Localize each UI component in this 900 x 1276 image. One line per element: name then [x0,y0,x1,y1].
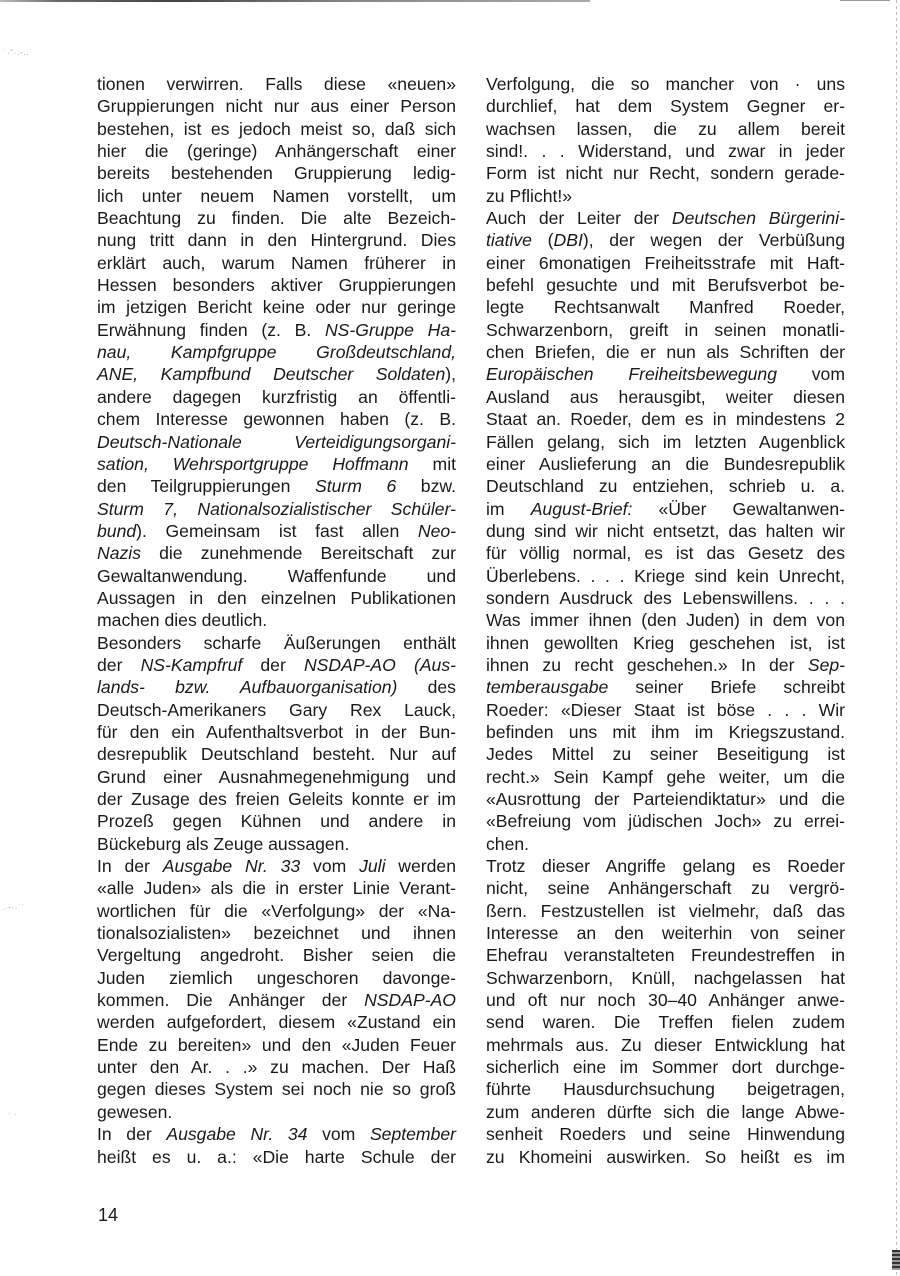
scan-artifact: · . [8,1110,17,1117]
text-line: sind!. . . Widerstand, und zwar in jeder [486,140,845,162]
text-line: lands- bzw. Aufbauorganisation) des [97,676,456,698]
body-text: für völlig normal, es ist das Gesetz des [486,543,845,563]
text-line: nau, Kampfgruppe Großdeutschland, [97,341,456,363]
text-line: Ende zu bereiten» und den «Juden Feuer [97,1034,456,1056]
text-line: ihnen gewollten Krieg geschehen ist, ist [486,632,845,654]
text-line: durchlief, hat dem System Gegner er- [486,95,845,117]
body-text: ihnen gewollten Krieg geschehen ist, ist [486,633,845,653]
body-text: die zunehmende Bereitschaft zur [141,543,456,563]
body-text: vom [777,364,845,384]
italic-text: Sep- [808,655,845,675]
body-text: senheit Roeders und seine Hinwendung [486,1124,845,1144]
body-text: Interesse an den weiterhin von seiner [486,923,845,943]
italic-text: Ausgabe Nr. 34 [166,1124,307,1144]
body-text: des [397,677,456,697]
text-line: Sturm 7, Nationalsozialistischer Schüler… [97,498,456,520]
body-text: mit [409,454,456,474]
text-line: ßern. Festzustellen ist vielmehr, daß da… [486,900,845,922]
body-text: Vergeltung angedroht. Bisher seien die [97,945,456,965]
text-line: Nazis die zunehmende Bereitschaft zur [97,542,456,564]
text-line: befinden uns mit ihm im Kriegszustand. [486,721,845,743]
text-line: legte Rechtsanwalt Manfred Roeder, [486,296,845,318]
text-line: «Befreiung vom jüdischen Joch» zu errei- [486,810,845,832]
text-line: ANE, Kampfbund Deutscher Soldaten), [97,363,456,385]
text-line: heißt es u. a.: «Die harte Schule der [97,1146,456,1168]
text-line: kommen. Die Anhänger der NSDAP-AO [97,989,456,1011]
body-text: sondern Ausdruck des Lebenswillens. . . … [486,588,845,608]
body-text: Ausland aus herausgibt, weiter diesen [486,387,845,407]
text-line: sation, Wehrsportgruppe Hoffmann mit [97,453,456,475]
body-text: chen Briefen, die er nun als Schriften d… [486,342,845,362]
text-line: erklärt auch, warum Namen früherer in [97,252,456,274]
text-line: Schwarzenborn, Knüll, nachgelassen hat [486,967,845,989]
body-text: gewesen. [97,1102,172,1122]
italic-text: Nazis [97,543,141,563]
italic-text: Ausgabe Nr. 33 [163,856,300,876]
italic-text: Neo- [418,521,456,541]
italic-text: temberausgabe [486,677,608,697]
text-line: wortlichen für die «Verfolgung» der «Na- [97,900,456,922]
body-text: zu Pflicht!» [486,186,572,206]
italic-text: Sturm 7, Nationalsozialistischer Schüler… [97,499,456,519]
body-text: Gewaltanwendung. Waffenfunde und [97,566,456,586]
text-line: nung tritt dann in den Hintergrund. Dies [97,229,456,251]
body-text: sicherlich eine im Sommer dort durchge- [486,1057,845,1077]
text-line: bereits bestehenden Gruppierung ledig- [97,162,456,184]
text-line: bund). Gemeinsam ist fast allen Neo- [97,520,456,542]
body-text: einer Auslieferung an die Bundesrepublik [486,454,845,474]
text-line: ihnen zu recht geschehen.» In der Sep- [486,654,845,676]
body-text: nicht, seine Anhängerschaft zu vergrö- [486,878,845,898]
text-line: Interesse an den weiterhin von seiner [486,922,845,944]
body-text: bereits bestehenden Gruppierung ledig- [97,163,456,183]
text-line: Gewaltanwendung. Waffenfunde und [97,565,456,587]
body-text: wachsen lassen, die zu allem bereit [486,119,845,139]
body-text: ßern. Festzustellen ist vielmehr, daß da… [486,901,845,921]
body-text: vom [307,1124,370,1144]
italic-text: NSDAP-AO [364,990,456,1010]
text-line: machen dies deutlich. [97,609,456,631]
text-line: zum anderen dürfte sich die lange Abwe- [486,1101,845,1123]
text-line: für den ein Aufenthaltsverbot in der Bun… [97,721,456,743]
body-text: der Zusage des freien Geleits konnte er … [97,789,456,809]
body-text: vom [300,856,359,876]
body-text: Form ist nicht nur Recht, sondern gerade… [486,163,845,183]
text-line: tionalsozialisten» bezeichnet und ihnen [97,922,456,944]
text-line: einer 6monatigen Freiheitsstrafe mit Haf… [486,252,845,274]
text-line: Auch der Leiter der Deutschen Bürgerini- [486,207,845,229]
body-text: «Ausrottung der Parteiendiktatur» und di… [486,789,845,809]
body-text: Ehefrau veranstalteten Freundestreffen i… [486,945,845,965]
body-text: der [242,655,304,675]
text-line: Deutsch-Nationale Verteidigungsorgani- [97,431,456,453]
text-line: gegen dieses System sei noch nie so groß [97,1078,456,1100]
body-text: Beachtung zu finden. Die alte Bezeich- [97,208,456,228]
body-text: Juden ziemlich ungeschoren davonge- [97,968,456,988]
text-line: führte Hausdurchsuchung beigetragen, [486,1078,845,1100]
text-line: Ehefrau veranstalteten Freundestreffen i… [486,944,845,966]
body-text: werden [385,856,456,876]
text-line: der NS-Kampfruf der NSDAP-AO (Aus- [97,654,456,676]
right-column: Verfolgung, die so mancher von · unsdurc… [486,73,845,1168]
body-text: Aussagen in den einzelnen Publikationen [97,588,456,608]
text-line: gewesen. [97,1101,456,1123]
text-line: Was immer ihnen (den Juden) in dem von [486,609,845,631]
body-text: ), der wegen der Verbüßung [583,230,845,250]
body-text: Schwarzenborn, greift in seinen monatli- [486,320,845,340]
body-text: tionen verwirren. Falls diese «neuen» [97,74,456,94]
body-text: und oft nur noch 30–40 Anhänger anwe- [486,990,845,1010]
text-line: Prozeß gegen Kühnen und andere in [97,810,456,832]
body-text: tionalsozialisten» bezeichnet und ihnen [97,923,456,943]
text-line: In der Ausgabe Nr. 33 vom Juli werden [97,855,456,877]
body-text: Ende zu bereiten» und den «Juden Feuer [97,1035,456,1055]
text-line: Besonders scharfe Äußerungen enthält [97,632,456,654]
body-text: befehl gesuchte und mit Berufsverbot be- [486,275,845,295]
body-text: send waren. Die Treffen fielen zudem [486,1012,845,1032]
italic-text: nau, Kampfgruppe Großdeutschland, [97,342,456,362]
text-line: bestehen, ist es jedoch meist so, daß si… [97,118,456,140]
text-line: zu Pflicht!» [486,185,845,207]
text-line: Deutschland zu entziehen, schrieb u. a. [486,475,845,497]
text-line: senheit Roeders und seine Hinwendung [486,1123,845,1145]
body-text: chen. [486,834,529,854]
scan-corner-mark [892,1250,900,1270]
body-text: heißt es u. a.: «Die harte Schule der [97,1147,456,1167]
body-text: für den ein Aufenthaltsverbot in der Bun… [97,722,456,742]
text-line: werden aufgefordert, diesem «Zustand ein [97,1011,456,1033]
body-text: ( [532,230,554,250]
text-line: Form ist nicht nur Recht, sondern gerade… [486,162,845,184]
body-text: «Befreiung vom jüdischen Joch» zu errei- [486,811,845,831]
italic-text: Juli [359,856,385,876]
left-column: tionen verwirren. Falls diese «neuen»Gru… [97,73,456,1168]
body-text: erklärt auch, warum Namen früherer in [97,253,456,273]
text-line: hier die (geringe) Anhängerschaft einer [97,140,456,162]
text-line: chem Interesse gewonnen haben (z. B. [97,408,456,430]
body-text: gegen dieses System sei noch nie so groß [97,1079,456,1099]
italic-text: August-Brief: [531,499,633,519]
italic-text: September [370,1124,456,1144]
text-line: andere dagegen kurzfristig an öffentli- [97,386,456,408]
italic-text: bund [97,521,136,541]
body-text: mehrmals aus. Zu dieser Entwicklung hat [486,1035,845,1055]
body-text: bzw. [396,476,456,496]
scan-artifact: ˙·˘·.-.. [4,50,30,57]
body-text: werden aufgefordert, diesem «Zustand ein [97,1012,456,1032]
body-text: bestehen, ist es jedoch meist so, daß si… [97,119,456,139]
body-text: dung sind wir nicht entsetzt, das halten… [486,521,845,541]
body-text: ihnen zu recht geschehen.» In der [486,655,808,675]
body-text: Verfolgung, die so mancher von · uns [486,74,845,94]
body-text: durchlief, hat dem System Gegner er- [486,96,845,116]
italic-text: Deutsch-Nationale Verteidigungsorgani- [97,432,456,452]
text-line: desrepublik Deutschland besteht. Nur auf [97,743,456,765]
text-line: chen Briefen, die er nun als Schriften d… [486,341,845,363]
italic-text: ANE, Kampfbund Deutscher Soldaten [97,364,445,384]
text-line: der Zusage des freien Geleits konnte er … [97,788,456,810]
text-line: im jetzigen Bericht keine oder nur gerin… [97,296,456,318]
text-line: Europäischen Freiheitsbewegung vom [486,363,845,385]
body-text: Roeder: «Dieser Staat ist böse . . . Wir [486,700,845,720]
body-text: legte Rechtsanwalt Manfred Roeder, [486,297,845,317]
text-line: sicherlich eine im Sommer dort durchge- [486,1056,845,1078]
body-text: recht.» Sein Kampf gehe weiter, um die [486,767,845,787]
body-text: Deutschland zu entziehen, schrieb u. a. [486,476,845,496]
body-text: In der [97,856,163,876]
page-number: 14 [98,1205,118,1226]
body-text: Grund einer Ausnahmegenehmigung und [97,767,456,787]
text-line: Schwarzenborn, greift in seinen monatli- [486,319,845,341]
text-line: wachsen lassen, die zu allem bereit [486,118,845,140]
text-line: im August-Brief: «Über Gewaltanwen- [486,498,845,520]
text-line: Deutsch-Amerikaners Gary Rex Lauck, [97,699,456,721]
body-text: ). Gemeinsam ist fast allen [136,521,418,541]
body-text: zu Khomeini auswirken. So heißt es im [486,1147,845,1167]
body-text: Überlebens. . . . Kriege sind kein Unrec… [486,566,845,586]
body-text: im jetzigen Bericht keine oder nur gerin… [97,297,456,317]
text-line: Verfolgung, die so mancher von · uns [486,73,845,95]
text-line: sondern Ausdruck des Lebenswillens. . . … [486,587,845,609]
body-text: Was immer ihnen (den Juden) in dem von [486,610,845,630]
body-text: lich unter neuem Namen vorstellt, um [97,186,456,206]
top-scan-rule [0,0,590,2]
body-text: Deutsch-Amerikaners Gary Rex Lauck, [97,700,456,720]
italic-text: DBI [554,230,583,250]
text-line: temberausgabe seiner Briefe schreibt [486,676,845,698]
text-line: Trotz dieser Angriffe gelang es Roeder [486,855,845,877]
text-line: Beachtung zu finden. Die alte Bezeich- [97,207,456,229]
body-text: nung tritt dann in den Hintergrund. Dies [97,230,456,250]
body-text: Gruppierungen nicht nur aus einer Person [97,96,456,116]
page-right-edge [896,0,897,1276]
body-text: chem Interesse gewonnen haben (z. B. [97,409,456,429]
body-text: Schwarzenborn, Knüll, nachgelassen hat [486,968,845,988]
text-line: einer Auslieferung an die Bundesrepublik [486,453,845,475]
text-line: Bückeburg als Zeuge aussagen. [97,833,456,855]
text-line: unter den Ar. . .» zu machen. Der Haß [97,1056,456,1078]
body-text: In der [97,1124,166,1144]
text-line: chen. [486,833,845,855]
italic-text: Deutschen Bürgerini- [672,208,845,228]
scan-artifact: .·-··˙˙ [2,905,25,912]
italic-text: NS-Kampfruf [141,655,243,675]
italic-text: sation, Wehrsportgruppe Hoffmann [97,454,409,474]
text-line: tiative (DBI), der wegen der Verbüßung [486,229,845,251]
text-line: Erwähnung finden (z. B. NS-Gruppe Ha- [97,319,456,341]
italic-text: Sturm 6 [315,476,396,496]
body-text: machen dies deutlich. [97,610,267,630]
text-line: dung sind wir nicht entsetzt, das halten… [486,520,845,542]
body-text: ), [445,364,456,384]
italic-text: tiative [486,230,532,250]
text-line: Grund einer Ausnahmegenehmigung und [97,766,456,788]
text-line: Hessen besonders aktiver Gruppierungen [97,274,456,296]
body-text: Hessen besonders aktiver Gruppierungen [97,275,456,295]
text-line: Vergeltung angedroht. Bisher seien die [97,944,456,966]
text-line: den Teilgruppierungen Sturm 6 bzw. [97,475,456,497]
text-line: Juden ziemlich ungeschoren davonge- [97,967,456,989]
body-text: andere dagegen kurzfristig an öffentli- [97,387,456,407]
body-text: hier die (geringe) Anhängerschaft einer [97,141,456,161]
body-text: im [486,499,531,519]
text-line: Ausland aus herausgibt, weiter diesen [486,386,845,408]
top-scan-rule-right [840,0,890,1]
text-line: befehl gesuchte und mit Berufsverbot be- [486,274,845,296]
text-line: mehrmals aus. Zu dieser Entwicklung hat [486,1034,845,1056]
text-line: In der Ausgabe Nr. 34 vom September [97,1123,456,1145]
body-text: zum anderen dürfte sich die lange Abwe- [486,1102,845,1122]
italic-text: NSDAP-AO (Aus- [304,655,456,675]
text-line: send waren. Die Treffen fielen zudem [486,1011,845,1033]
text-line: und oft nur noch 30–40 Anhänger anwe- [486,989,845,1011]
body-text: führte Hausdurchsuchung beigetragen, [486,1079,845,1099]
body-text: wortlichen für die «Verfolgung» der «Na- [97,901,456,921]
body-text: Jedes Mittel zu seiner Beseitigung ist [486,744,845,764]
body-text: Erwähnung finden (z. B. [97,320,325,340]
text-line: «alle Juden» als die in erster Linie Ver… [97,877,456,899]
body-text: «alle Juden» als die in erster Linie Ver… [97,878,456,898]
text-line: Aussagen in den einzelnen Publikationen [97,587,456,609]
body-text: desrepublik Deutschland besteht. Nur auf [97,744,456,764]
body-text: der [97,655,141,675]
text-line: Überlebens. . . . Kriege sind kein Unrec… [486,565,845,587]
body-text: Trotz dieser Angriffe gelang es Roeder [486,856,845,876]
body-text: Prozeß gegen Kühnen und andere in [97,811,456,831]
body-text: kommen. Die Anhänger der [97,990,364,1010]
body-text: befinden uns mit ihm im Kriegszustand. [486,722,845,742]
text-line: Staat an. Roeder, dem es in mindestens 2 [486,408,845,430]
text-line: zu Khomeini auswirken. So heißt es im [486,1146,845,1168]
text-line: für völlig normal, es ist das Gesetz des [486,542,845,564]
body-text: einer 6monatigen Freiheitsstrafe mit Haf… [486,253,845,273]
body-text: sind!. . . Widerstand, und zwar in jeder [486,141,845,161]
body-text: den Teilgruppierungen [97,476,315,496]
body-text: seiner Briefe schreibt [608,677,845,697]
body-text: Staat an. Roeder, dem es in mindestens 2 [486,409,845,429]
text-line: lich unter neuem Namen vorstellt, um [97,185,456,207]
body-text: Bückeburg als Zeuge aussagen. [97,834,349,854]
body-text: Fällen gelang, sich im letzten Augenblic… [486,432,845,452]
text-line: «Ausrottung der Parteiendiktatur» und di… [486,788,845,810]
text-line: tionen verwirren. Falls diese «neuen» [97,73,456,95]
body-text: Auch der Leiter der [486,208,672,228]
body-text: «Über Gewaltanwen- [632,499,845,519]
italic-text: lands- bzw. Aufbauorganisation) [97,677,397,697]
body-text: unter den Ar. . .» zu machen. Der Haß [97,1057,456,1077]
text-line: nicht, seine Anhängerschaft zu vergrö- [486,877,845,899]
text-line: Roeder: «Dieser Staat ist böse . . . Wir [486,699,845,721]
text-line: recht.» Sein Kampf gehe weiter, um die [486,766,845,788]
text-line: Jedes Mittel zu seiner Beseitigung ist [486,743,845,765]
italic-text: NS-Gruppe Ha- [325,320,456,340]
text-line: Fällen gelang, sich im letzten Augenblic… [486,431,845,453]
italic-text: Europäischen Freiheitsbewegung [486,364,777,384]
text-line: Gruppierungen nicht nur aus einer Person [97,95,456,117]
body-text: Besonders scharfe Äußerungen enthält [97,633,456,653]
